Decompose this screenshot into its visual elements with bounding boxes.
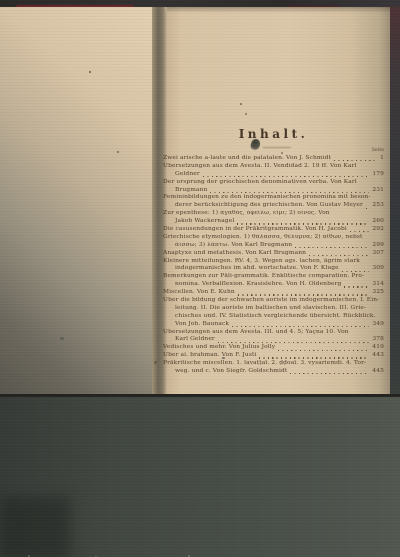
paper-speck bbox=[117, 151, 119, 153]
dust-speckle bbox=[222, 357, 225, 359]
dot-leader bbox=[366, 208, 369, 209]
toc-line-text: Über ai. brahman. Von F. Justi bbox=[163, 352, 256, 360]
dot-leader bbox=[278, 350, 369, 351]
toc-line-text: Zwei arische a-laute und die palatalen. … bbox=[163, 155, 331, 163]
left-blank-page bbox=[0, 7, 153, 396]
toc-line: Miscellen. Von E. Kuhn325 bbox=[163, 289, 384, 297]
dot-leader bbox=[350, 231, 370, 232]
shadow-corner bbox=[0, 497, 70, 557]
toc-line-text: Jakob Wackernagel bbox=[175, 218, 234, 226]
toc-page-number: 231 bbox=[372, 187, 384, 195]
seite-column-label: Seite bbox=[163, 148, 384, 153]
toc-line-text: Griechische etymologien. 1) θάλασσα, θέλ… bbox=[163, 234, 363, 242]
toc-line: Geldner179 bbox=[163, 171, 384, 179]
toc-page-number: 307 bbox=[372, 250, 384, 258]
dust-speckle bbox=[60, 337, 64, 340]
photo-frame: Inhalt. Seite Zwei arische a-laute und d… bbox=[0, 0, 400, 557]
toc-line-text: Femininbildungen zu den indogermanischen… bbox=[163, 194, 371, 202]
toc-page-number: 419 bbox=[372, 344, 384, 352]
dot-leader bbox=[290, 373, 369, 374]
toc-line: Zur epenthese: 1) ἀγαθός, ὀφείλω, εἶμι; … bbox=[163, 210, 384, 218]
toc-line-text: ἀΐσσω; 3) λάπτω. Von Karl Brugmann bbox=[175, 242, 292, 250]
paper-speck bbox=[245, 113, 247, 115]
table-background bbox=[0, 394, 400, 557]
toc-line-text: weg. und c. Von Siegfr. Goldschmidt bbox=[175, 368, 287, 376]
toc-line-text: Prākritische miscellen. 1. lavaṭṭaï. 2. … bbox=[163, 360, 366, 368]
toc-page-number: 309 bbox=[372, 265, 384, 273]
toc-line: Übersetzungen aus dem Avesta. III. und 4… bbox=[163, 329, 384, 337]
paper-speck bbox=[240, 103, 242, 105]
toc-line-text: Kleinere mitteilungen. RV. 4, 3. Wegen a… bbox=[163, 258, 360, 266]
toc-list: Zwei arische a-laute und die palatalen. … bbox=[163, 155, 384, 376]
toc-line-text: nomina. Verbalflexion. Krasislehre. Von … bbox=[175, 281, 341, 289]
toc-page-number: 292 bbox=[372, 226, 384, 234]
toc-line: Bemerkungen zur Pāli-grammatik. Enklitis… bbox=[163, 273, 384, 281]
toc-line-text: chisches und. IV. Statistisch vergleiche… bbox=[175, 313, 376, 321]
toc-line: Jakob Wackernagel260 bbox=[163, 218, 384, 226]
toc-line: weg. und c. Von Siegfr. Goldschmidt445 bbox=[163, 368, 384, 376]
toc-line: Übersetzungen aus dem Avesta. II. Vendid… bbox=[163, 163, 384, 171]
footnote-asterisk: * bbox=[154, 361, 157, 368]
toc-line-text: indogermanisches im ahd. wortschatze. Vo… bbox=[175, 265, 339, 273]
toc-line-text: Zur epenthese: 1) ἀγαθός, ὀφείλω, εἶμι; … bbox=[163, 210, 330, 218]
toc-page-number: 179 bbox=[372, 171, 384, 179]
toc-page-number: 314 bbox=[372, 281, 384, 289]
toc-line-text: Karl Geldner bbox=[175, 336, 215, 344]
dot-leader bbox=[237, 223, 369, 224]
toc-line-text: leitung. II. Die aoriste im baltischen u… bbox=[175, 305, 366, 313]
toc-line-text: Bemerkungen zur Pāli-grammatik. Enklitis… bbox=[163, 273, 364, 281]
dot-leader bbox=[210, 192, 369, 193]
toc-line-text: Geldner bbox=[175, 171, 200, 179]
toc-page-number: 443 bbox=[372, 352, 384, 360]
toc-line: Prākritische miscellen. 1. lavaṭṭaï. 2. … bbox=[163, 360, 384, 368]
toc-line: indogermanisches im ahd. wortschatze. Vo… bbox=[163, 265, 384, 273]
dot-leader bbox=[203, 176, 370, 177]
book-right-edge bbox=[390, 7, 400, 397]
toc-line: chisches und. IV. Statistisch vergleiche… bbox=[163, 313, 384, 321]
dot-leader bbox=[342, 271, 370, 272]
toc-line-text: Miscellen. Von E. Kuhn bbox=[163, 289, 235, 297]
paper-speck bbox=[89, 71, 91, 73]
toc-page-number: 260 bbox=[372, 218, 384, 226]
toc-line: Brugmann231 bbox=[163, 187, 384, 195]
toc-line-text: Von Joh. Baunack bbox=[175, 321, 229, 329]
toc-line-text: Über die bildung der schwachen aoriste i… bbox=[163, 297, 379, 305]
dust-speckle bbox=[188, 555, 190, 557]
dot-leader bbox=[218, 342, 370, 343]
toc-line: Über die bildung der schwachen aoriste i… bbox=[163, 297, 384, 305]
toc-line: Vedisches und mehr. Von Julius Jolly419 bbox=[163, 344, 384, 352]
toc-line: Griechische etymologien. 1) θάλασσα, θέλ… bbox=[163, 234, 384, 242]
toc-line: Zwei arische a-laute und die palatalen. … bbox=[163, 155, 384, 163]
toc-line: Von Joh. Baunack349 bbox=[163, 321, 384, 329]
toc-line-text: Brugmann bbox=[175, 187, 207, 195]
toc-page-number: 349 bbox=[372, 321, 384, 329]
dot-leader bbox=[295, 247, 369, 248]
toc-line-text: Anaptyxe und metathesis. Von Karl Brugma… bbox=[163, 250, 306, 258]
toc-line: Kleinere mitteilungen. RV. 4, 3. Wegen a… bbox=[163, 258, 384, 266]
toc-heading: Inhalt. bbox=[163, 127, 384, 141]
toc-line-text: Der ursprung der griechischen denominati… bbox=[163, 179, 357, 187]
dot-leader bbox=[334, 160, 377, 161]
toc-line: nomina. Verbalflexion. Krasislehre. Von … bbox=[163, 281, 384, 289]
toc-line-text: derer berücksichtigung des griechischen.… bbox=[175, 202, 363, 210]
toc-line: leitung. II. Die aoriste im baltischen u… bbox=[163, 305, 384, 313]
toc-line: Karl Geldner378 bbox=[163, 336, 384, 344]
toc-page-number: 1 bbox=[380, 155, 384, 163]
toc-line: Die casusendungen in der Prākritgrammati… bbox=[163, 226, 384, 234]
dot-leader bbox=[344, 286, 369, 287]
toc-line: ἀΐσσω; 3) λάπτω. Von Karl Brugmann299 bbox=[163, 242, 384, 250]
toc-line-text: Die casusendungen in der Prākritgrammati… bbox=[163, 226, 347, 234]
toc-line: Der ursprung der griechischen denominati… bbox=[163, 179, 384, 187]
toc-line: Über ai. brahman. Von F. Justi443 bbox=[163, 352, 384, 360]
toc-line-text: Übersetzungen aus dem Avesta. II. Vendid… bbox=[163, 163, 357, 171]
toc-line: Anaptyxe und metathesis. Von Karl Brugma… bbox=[163, 250, 384, 258]
toc-line-text: Vedisches und mehr. Von Julius Jolly bbox=[163, 344, 275, 352]
toc-line: Femininbildungen zu den indogermanischen… bbox=[163, 194, 384, 202]
toc-page-number: 325 bbox=[372, 289, 384, 297]
toc-line-text: Übersetzungen aus dem Avesta. III. und 4… bbox=[163, 329, 349, 337]
dot-leader bbox=[309, 255, 369, 256]
toc-page-number: 378 bbox=[372, 336, 384, 344]
toc-page-number: 299 bbox=[372, 242, 384, 250]
dot-leader bbox=[238, 294, 370, 295]
toc-page-number: 445 bbox=[372, 368, 384, 376]
toc-page-number: 253 bbox=[372, 202, 384, 210]
toc-line: derer berücksichtigung des griechischen.… bbox=[163, 202, 384, 210]
dot-leader bbox=[259, 357, 369, 358]
dot-leader bbox=[232, 326, 369, 327]
